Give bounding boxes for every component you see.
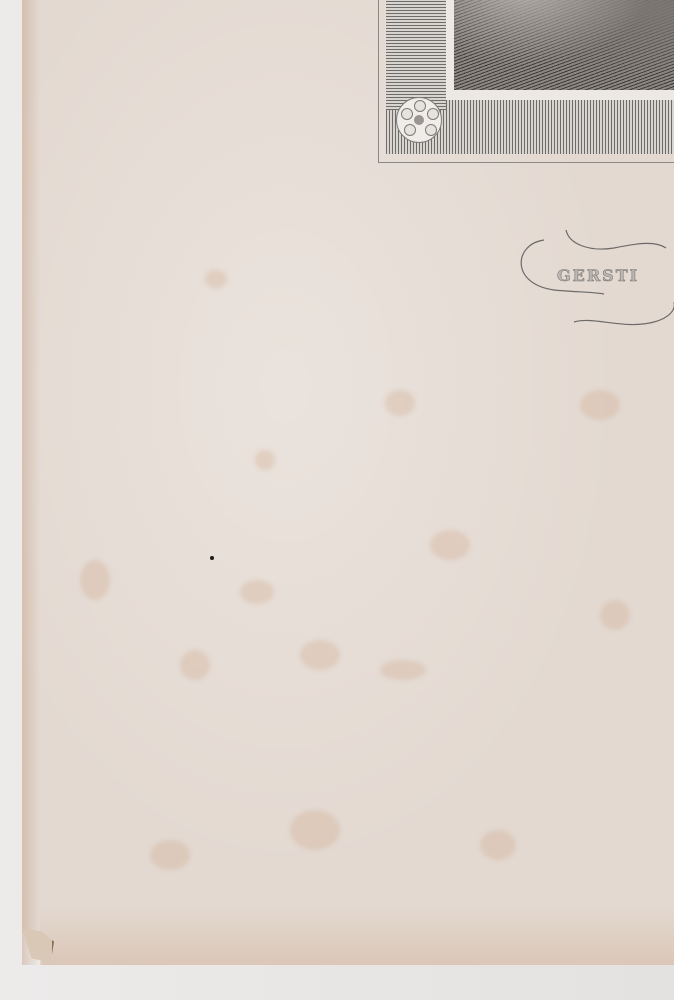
foxing-spot bbox=[205, 270, 227, 288]
foxing-spot bbox=[580, 390, 620, 420]
foxing-spot bbox=[180, 650, 210, 680]
foxing-spot bbox=[600, 600, 630, 630]
foxing-spot bbox=[430, 530, 470, 560]
foxing-spot bbox=[240, 580, 274, 604]
foxing-spot bbox=[290, 810, 340, 850]
portrait-caption: GERSTI bbox=[557, 266, 639, 285]
foxing-spot bbox=[380, 660, 426, 680]
paper-bottom-edge-toning bbox=[40, 905, 674, 965]
foxing-spot bbox=[255, 450, 275, 470]
paper-left-edge-toning bbox=[22, 0, 40, 965]
foxing-spot bbox=[150, 840, 190, 870]
foxing-spot bbox=[80, 560, 110, 600]
rosette-ornament-icon bbox=[396, 97, 442, 143]
foxing-spot bbox=[300, 640, 340, 670]
engraved-portrait bbox=[454, 0, 674, 90]
foxing-spot bbox=[385, 390, 415, 416]
foxing-spot bbox=[480, 830, 516, 860]
ink-speck bbox=[210, 556, 214, 560]
engraved-frame-left bbox=[386, 0, 446, 110]
